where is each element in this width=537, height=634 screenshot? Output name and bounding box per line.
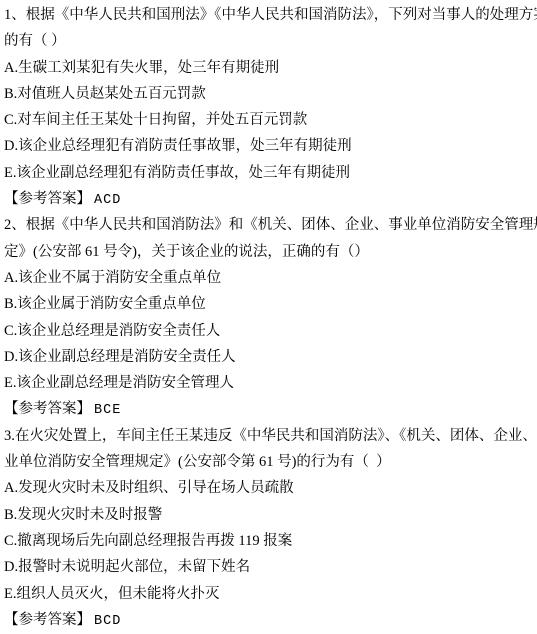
- answer-label: 【参考答案】: [4, 401, 91, 417]
- answer-line: 【参考答案】BCE: [4, 396, 535, 422]
- answer-value: BCD: [94, 614, 121, 629]
- answer-label: 【参考答案】: [4, 191, 91, 207]
- question-block-1: 1、根据《中华人民共和国刑法》《中华人民共和国消防法》，下列对当事人的处理方案 …: [4, 2, 535, 212]
- option-line: C.撤离现场后先向副总经理报告再拨 119 报案: [4, 528, 535, 554]
- option-line: B.发现火灾时未及时报警: [4, 502, 535, 528]
- answer-value: ACD: [94, 193, 121, 208]
- option-line: A.发现火灾时未及时组织、引导在场人员疏散: [4, 475, 535, 501]
- option-line: A.生碳工刘某犯有失火罪，处三年有期徒刑: [4, 55, 535, 81]
- option-line: D.该企业副总经理是消防安全责任人: [4, 344, 535, 370]
- option-line: D.报警时未说明起火部位，未留下姓名: [4, 554, 535, 580]
- option-line: C.对车间主任王某处十日拘留，并处五百元罚款: [4, 107, 535, 133]
- answer-line: 【参考答案】ACD: [4, 186, 535, 212]
- question-stem-line: 业单位消防安全管理规定》(公安部令第 61 号)的行为有（ ）: [4, 449, 535, 475]
- question-stem-line: 定》(公安部 61 号令)，关于该企业的说法，正确的有（）: [4, 239, 535, 265]
- option-line: B.该企业属于消防安全重点单位: [4, 291, 535, 317]
- question-stem-line: 2、根据《中华人民共和国消防法》和《机关、团体、企业、事业单位消防安全管理规: [4, 212, 535, 238]
- option-line: E.该企业副总经理犯有消防责任事故，处三年有期徒刑: [4, 160, 535, 186]
- option-line: A.该企业不属于消防安全重点单位: [4, 265, 535, 291]
- option-line: D.该企业总经理犯有消防责任事故罪，处三年有期徒刑: [4, 133, 535, 159]
- question-stem-line: 的有（ ）: [4, 28, 535, 54]
- option-line: E.组织人员灭火，但未能将火扑灭: [4, 581, 535, 607]
- answer-label: 【参考答案】: [4, 612, 91, 628]
- exam-document: 1、根据《中华人民共和国刑法》《中华人民共和国消防法》，下列对当事人的处理方案 …: [0, 0, 537, 634]
- option-line: E.该企业副总经理是消防安全管理人: [4, 370, 535, 396]
- answer-value: BCE: [94, 403, 121, 418]
- answer-line: 【参考答案】BCD: [4, 607, 535, 633]
- question-block-3: 3.在火灾处置上，车间主任王某违反《中华民共和国消防法》、《机关、团体、企业、事…: [4, 423, 535, 633]
- option-line: B.对值班人员赵某处五百元罚款: [4, 81, 535, 107]
- option-line: C.该企业总经理是消防安全责任人: [4, 318, 535, 344]
- question-stem-line: 3.在火灾处置上，车间主任王某违反《中华民共和国消防法》、《机关、团体、企业、事: [4, 423, 535, 449]
- question-stem-line: 1、根据《中华人民共和国刑法》《中华人民共和国消防法》，下列对当事人的处理方案: [4, 2, 535, 28]
- question-block-2: 2、根据《中华人民共和国消防法》和《机关、团体、企业、事业单位消防安全管理规 定…: [4, 212, 535, 422]
